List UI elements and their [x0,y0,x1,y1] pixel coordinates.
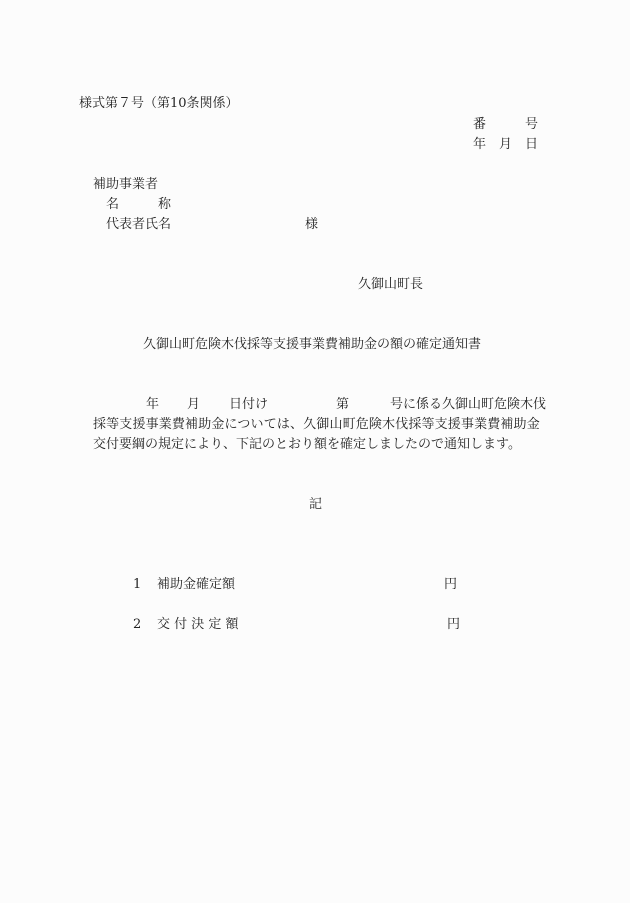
recipient-honorific: 様 [305,217,318,233]
body-day: 日付け [229,397,268,413]
item-label: 交 付 決 定 額 [157,617,239,633]
body-month: 月 [187,397,200,413]
body-number-prefix: 第 [336,397,349,413]
ki-heading: 記 [309,497,322,513]
item-label: 補助金確定額 [157,577,235,593]
document-date-label: 年 月 日 [473,137,538,153]
body-line3: 交付要綱の規定により、下記のとおり額を確定しましたので通知します。 [93,437,521,453]
form-label: 様式第７号（第10条関係） [79,96,239,112]
item-number: 1 [133,577,141,593]
item-unit: 円 [447,617,460,633]
recipient-rep-label: 代表者氏名 [106,217,171,233]
issuer-name: 久御山町長 [358,277,423,293]
body-year: 年 [146,397,159,413]
item-unit: 円 [444,577,457,593]
document-title: 久御山町危険木伐採等支援事業費補助金の額の確定通知書 [143,337,481,353]
document-page: 様式第７号（第10条関係） 番 号 年 月 日 補助事業者 名 称 代表者氏名 … [0,0,630,903]
document-number-label: 番 号 [473,117,538,133]
item-number: 2 [133,617,141,633]
recipient-heading: 補助事業者 [93,177,158,193]
recipient-name-label: 名 称 [106,197,171,213]
body-line2: 採等支援事業費補助金については、久御山町危険木伐採等支援事業費補助金 [93,417,540,433]
body-line1-rest: 号に係る久御山町危険木伐 [390,397,546,413]
